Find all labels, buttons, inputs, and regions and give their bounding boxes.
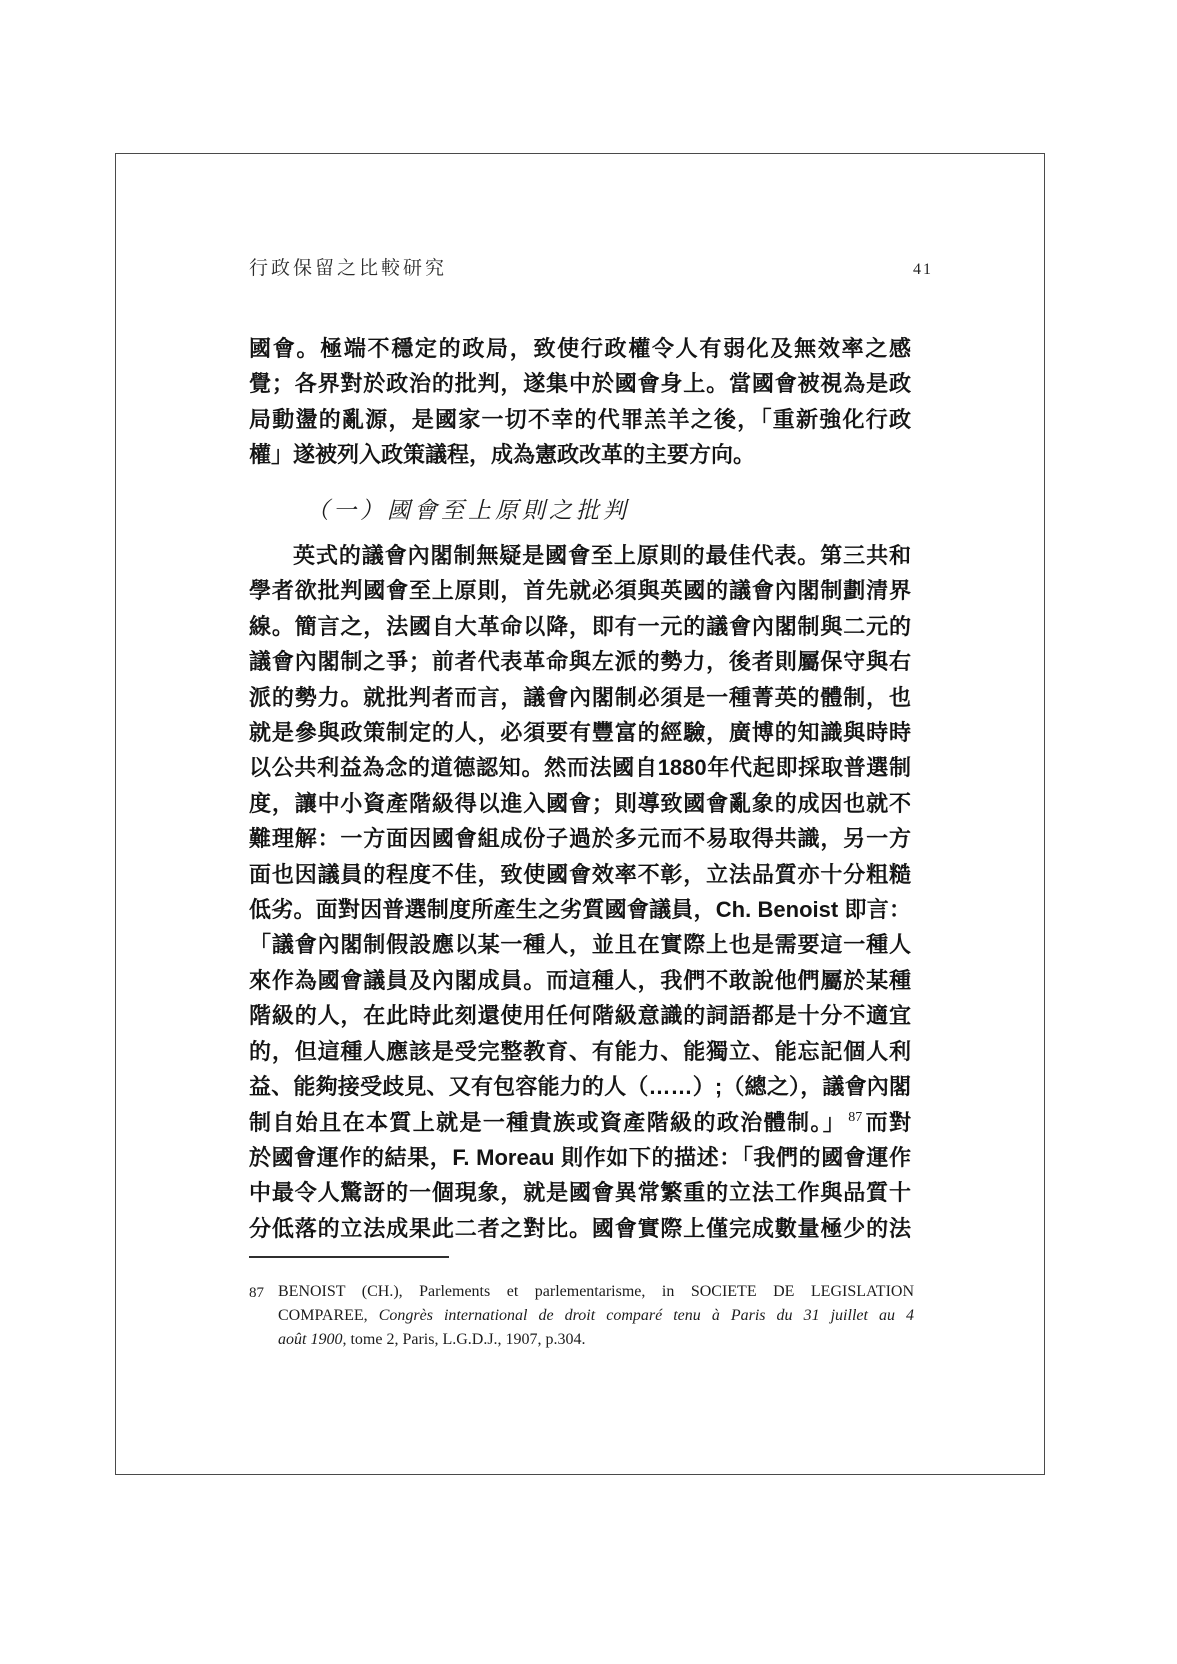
page-number: 41 — [913, 261, 933, 279]
text-line: 權」遂被列入政策議程，成為憲政改革的主要方向。 — [249, 437, 911, 472]
footnote-number: 87 — [249, 1281, 264, 1305]
footnote-line: BENOIST (CH.), Parlements et parlementar… — [278, 1280, 914, 1304]
footnote-ref-87: 87 — [846, 1110, 864, 1125]
footnote-work-title: août 1900 — [278, 1331, 342, 1348]
text-line: 國會。極端不穩定的政局，致使行政權令人有弱化及無效率之感 — [249, 331, 911, 366]
text-line: 以公共利益為念的道德認知。然而法國自1880年代起即採取普選制 — [249, 750, 911, 785]
paragraph-continuation: 國會。極端不穩定的政局，致使行政權令人有弱化及無效率之感 覺；各界對於政治的批判… — [249, 331, 911, 473]
text-line-with-footnote-ref: 制自始且在本質上就是一種貴族或資產階級的政治體制。」87而對 — [249, 1105, 911, 1140]
section-heading: （一）國會至上原則之批判 — [306, 492, 630, 525]
text-line: 難理解：一方面因國會組成份子過於多元而不易取得共識，另一方 — [249, 821, 911, 856]
text-line: 階級的人，在此時此刻還使用任何階級意識的詞語都是十分不適宜 — [249, 998, 911, 1033]
footnote-roman-text: COMPAREE, — [278, 1307, 379, 1324]
text-line: 益、能夠接受歧見、又有包容能力的人（……）;（總之），議會內閣 — [249, 1069, 911, 1104]
footnote-work-title: Congrès international de droit comparé t… — [379, 1307, 914, 1324]
footnote-87: 87 BENOIST (CH.), Parlements et parlemen… — [249, 1280, 914, 1352]
footnote-line: août 1900, tome 2, Paris, L.G.D.J., 1907… — [278, 1328, 914, 1352]
text-line: 中最令人驚訝的一個現象，就是國會異常繁重的立法工作與品質十 — [249, 1175, 911, 1210]
text-line: 議會內閣制之爭；前者代表革命與左派的勢力，後者則屬保守與右 — [249, 644, 911, 679]
main-paragraph: 英式的議會內閣制無疑是國會至上原則的最佳代表。第三共和 學者欲批判國會至上原則，… — [249, 538, 911, 1246]
sentence-continuation: 而對 — [864, 1110, 911, 1135]
text-line: 度，讓中小資產階級得以進入國會；則導致國會亂象的成因也就不 — [249, 786, 911, 821]
footnote-line: COMPAREE, Congrès international de droit… — [278, 1304, 914, 1328]
text-line: 的，但這種人應該是受完整教育、有能力、能獨立、能忘記個人利 — [249, 1034, 911, 1069]
text-line: 「議會內閣制假設應以某一種人，並且在實際上也是需要這一種人 — [249, 927, 911, 962]
text-line: 來作為國會議員及內閣成員。而這種人，我們不敢說他們屬於某種 — [249, 963, 911, 998]
text-line: 英式的議會內閣制無疑是國會至上原則的最佳代表。第三共和 — [249, 538, 911, 573]
running-header: 行政保留之比較研究 41 — [249, 253, 933, 280]
footnote-separator — [249, 1256, 449, 1258]
text-line: 局動盪的亂源，是國家一切不幸的代罪羔羊之後，「重新強化行政 — [249, 402, 911, 437]
header-book-title: 行政保留之比較研究 — [249, 253, 447, 280]
text-line: 於國會運作的結果，F. Moreau 則作如下的描述：「我們的國會運作 — [249, 1140, 911, 1175]
footnote-roman-text: , tome 2, Paris, L.G.D.J., 1907, p.304. — [342, 1331, 585, 1348]
text-line: 派的勢力。就批判者而言，議會內閣制必須是一種菁英的體制，也 — [249, 680, 911, 715]
text-line: 學者欲批判國會至上原則，首先就必須與英國的議會內閣制劃清界 — [249, 573, 911, 608]
text-line: 就是參與政策制定的人，必須要有豐富的經驗，廣博的知識與時時 — [249, 715, 911, 750]
text-line: 面也因議員的程度不佳，致使國會效率不彰，立法品質亦十分粗糙 — [249, 857, 911, 892]
text-line: 低劣。面對因普選制度所產生之劣質國會議員，Ch. Benoist 即言： — [249, 892, 911, 927]
footnote-text: BENOIST (CH.), Parlements et parlementar… — [249, 1280, 914, 1352]
book-page: 行政保留之比較研究 41 國會。極端不穩定的政局，致使行政權令人有弱化及無效率之… — [115, 153, 1045, 1475]
text-line: 覺；各界對於政治的批判，遂集中於國會身上。當國會被視為是政 — [249, 366, 911, 401]
text-line: 線。簡言之，法國自大革命以降，即有一元的議會內閣制與二元的 — [249, 609, 911, 644]
text-line: 分低落的立法成果此二者之對比。國會實際上僅完成數量極少的法 — [249, 1211, 911, 1246]
quote-end-text: 制自始且在本質上就是一種貴族或資產階級的政治體制。」 — [249, 1110, 846, 1135]
